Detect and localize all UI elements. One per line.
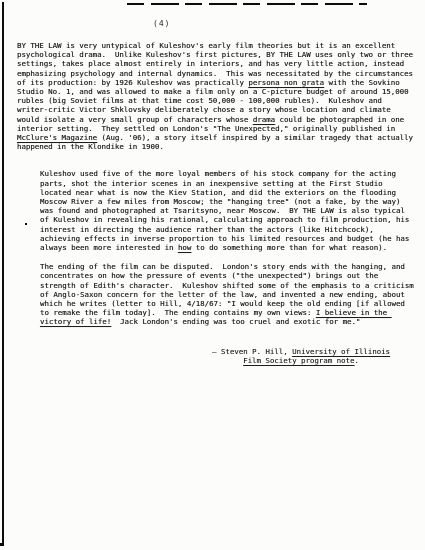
scan-speck	[2, 33, 4, 35]
scan-edge-left-line	[2, 2, 4, 545]
scanned-document-page: (4) BY THE LAW is very untypical of Kule…	[0, 0, 425, 550]
underlined-text: how	[178, 243, 191, 252]
paragraph: The ending of the film can be disputed. …	[40, 262, 415, 326]
underlined-text: University of Illinois	[292, 347, 390, 356]
scan-edge-top-dashed-line	[127, 3, 367, 5]
scan-speck	[2, 39, 4, 42]
text-run: Kuleshov used five of the more loyal mem…	[40, 169, 414, 252]
scan-speck	[0, 543, 4, 546]
underlined-text: persona non grata	[248, 78, 324, 87]
signature-line: Film Society program note.	[212, 356, 390, 365]
text-run: — Steven P. Hill,	[212, 347, 292, 356]
underlined-text: McClure's Magazine	[17, 133, 97, 142]
signature-line: — Steven P. Hill, University of Illinois	[212, 347, 390, 356]
document-text: BY THE LAW is very untypical of Kuleshov…	[17, 41, 415, 345]
page-number: (4)	[153, 19, 170, 28]
text-run: .	[354, 356, 358, 365]
signature-block: — Steven P. Hill, University of Illinois…	[212, 347, 390, 366]
text-run: Jack London's ending was too cruel and e…	[111, 317, 360, 326]
paragraph: BY THE LAW is very untypical of Kuleshov…	[17, 41, 415, 151]
underlined-text: drama	[253, 115, 275, 124]
text-run: to do something more than for what reaso…	[191, 243, 387, 252]
paragraph: Kuleshov used five of the more loyal mem…	[40, 169, 415, 252]
underlined-text: Film Society program note	[243, 356, 354, 365]
